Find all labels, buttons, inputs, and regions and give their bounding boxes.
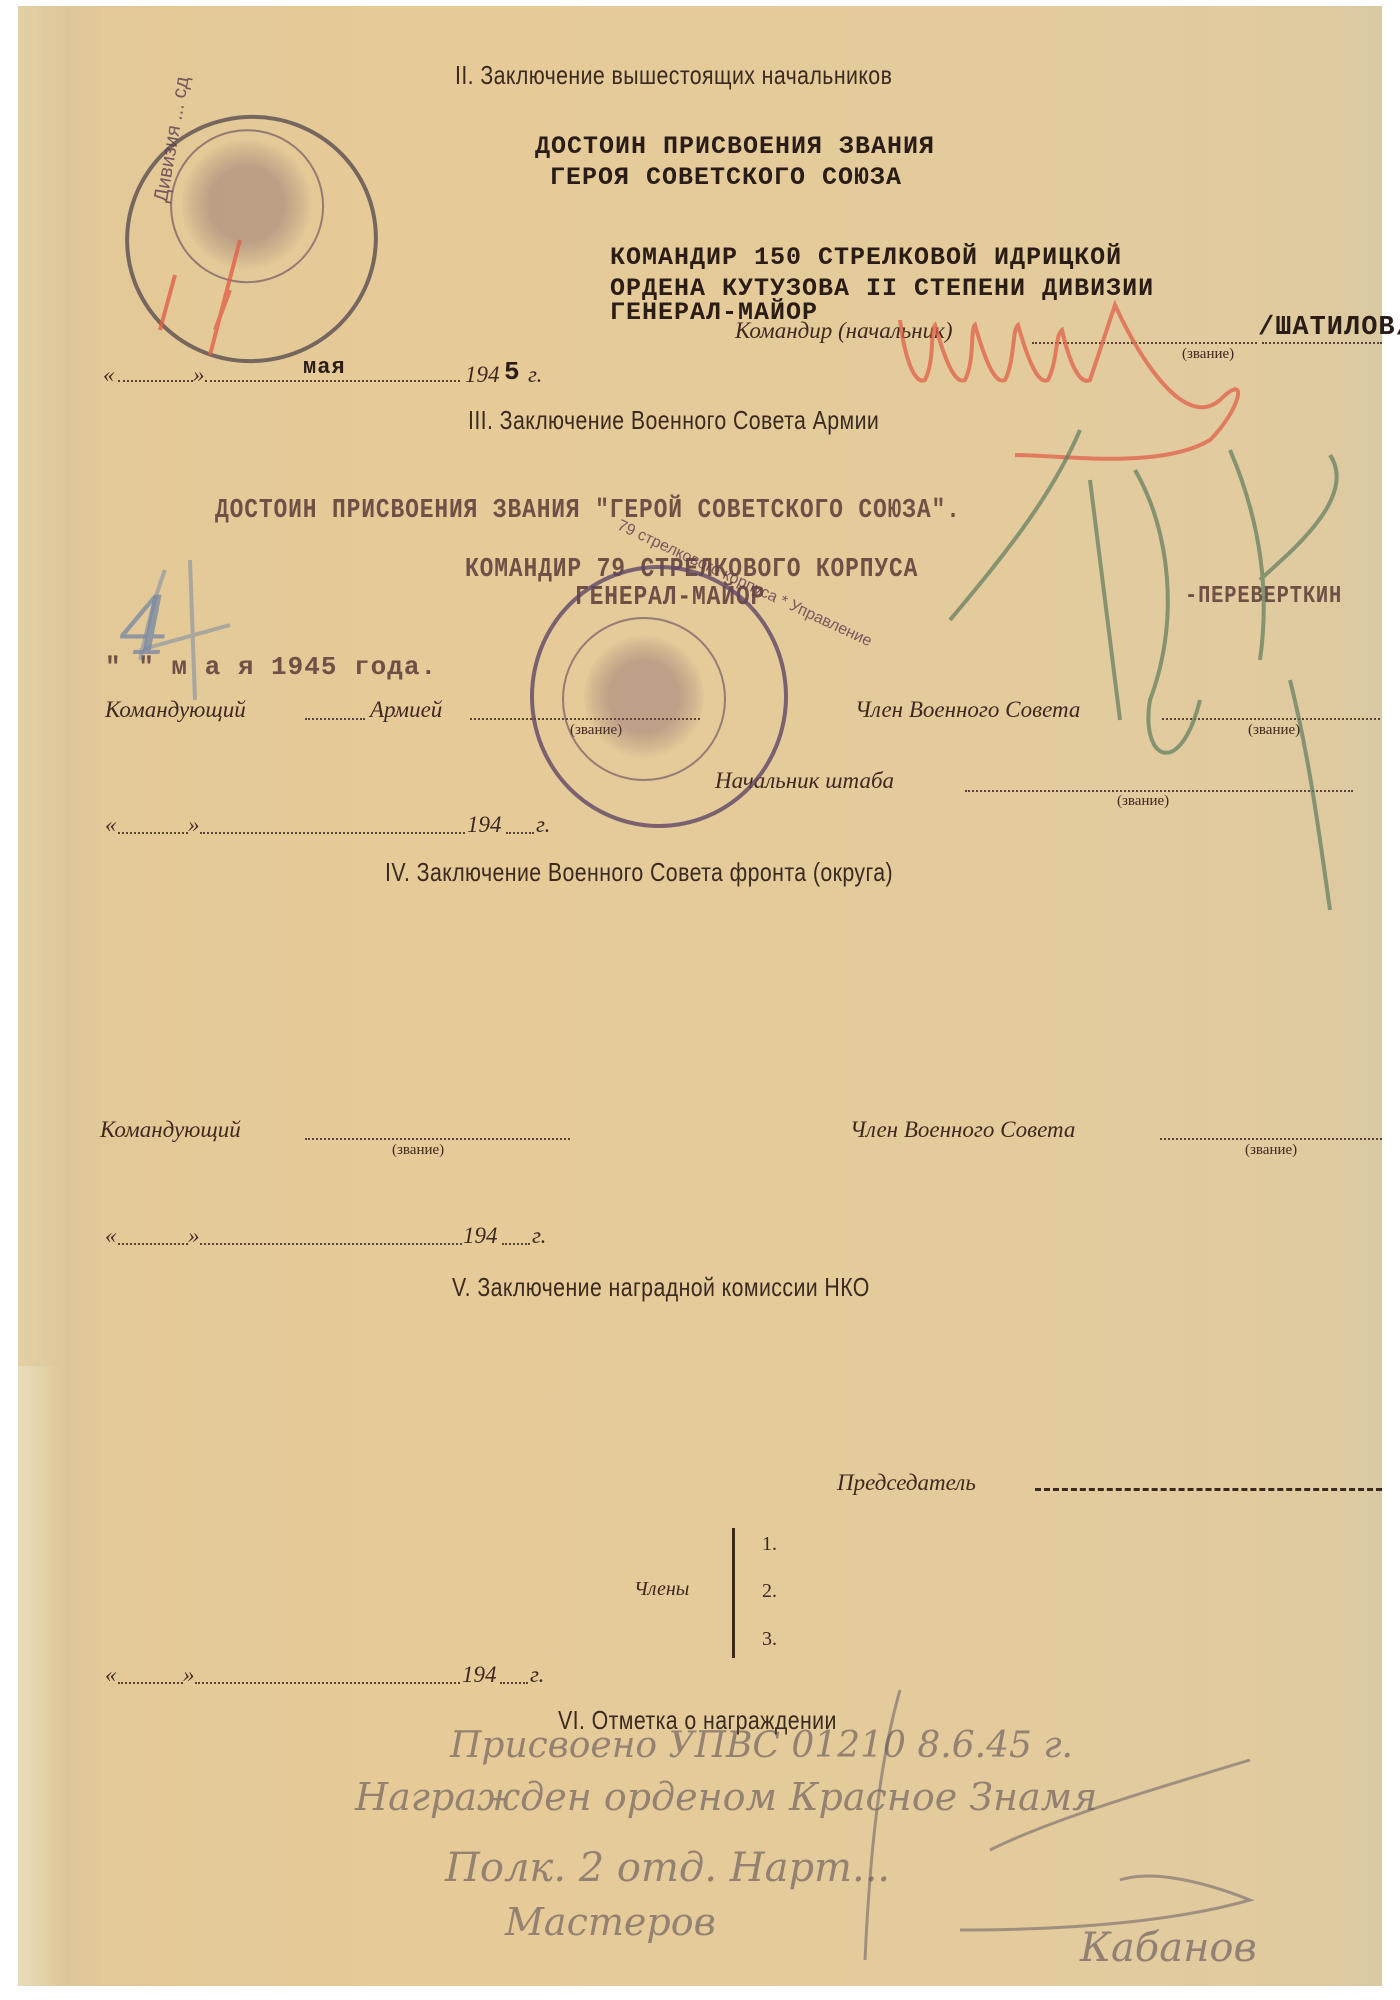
commander-label: Командир (начальник) (735, 318, 953, 344)
section-3-chief-sign-line[interactable] (965, 790, 1353, 792)
section-2-verdict-line1: ДОСТОИН ПРИСВОЕНИЯ ЗВАНИЯ (535, 132, 935, 161)
section-4-date-line[interactable] (200, 1243, 462, 1245)
commander-name: /ШАТИЛОВ/ (1258, 313, 1400, 343)
section-3-date-open: « (105, 812, 117, 838)
member-3: 3. (762, 1628, 777, 1651)
section-5-date-year: 194 (462, 1662, 497, 1688)
section-3-commanding-label: Командующий (105, 697, 246, 723)
section-3-army-label: Армией (370, 697, 442, 723)
corps-stamp (530, 565, 788, 828)
section-3-commander-name: -ПЕРЕВЕРТКИН (1185, 583, 1342, 610)
section-3-verdict: ДОСТОИН ПРИСВОЕНИЯ ЗВАНИЯ "ГЕРОЙ СОВЕТСК… (215, 496, 961, 526)
date-year-prefix: 194 (465, 362, 500, 388)
award-note-line1: Присвоено УПВС 01210 8.6.45 г. (450, 1725, 1073, 1766)
section-2-verdict-line2: ГЕРОЯ СОВЕТСКОГО СОЮЗА (550, 163, 902, 192)
section-4-title: IV. Заключение Военного Совета фронта (о… (385, 857, 893, 888)
section-4-rank-hint-1: (звание) (392, 1142, 444, 1159)
section-4-date-g: г. (532, 1223, 546, 1249)
commander-sign-line[interactable] (1032, 342, 1257, 344)
section-4-commanding-sign-line[interactable] (305, 1138, 570, 1140)
section-5-date-close: » (183, 1662, 195, 1688)
section-5-title: V. Заключение наградной комиссии НКО (452, 1272, 870, 1303)
member-2: 2. (762, 1580, 777, 1603)
section-3-council-sign-line[interactable] (1162, 718, 1380, 720)
section-3-rank-hint-2: (звание) (1248, 722, 1300, 739)
date-close-quote: » (193, 362, 205, 388)
member-1: 1. (762, 1533, 777, 1556)
award-note-line2: Награжден орденом Красное Знамя (355, 1775, 1097, 1819)
chairman-sign-line[interactable] (1035, 1488, 1382, 1491)
section-5-date-line[interactable] (195, 1682, 460, 1684)
section-3-date-year: 194 (467, 812, 502, 838)
award-note-line3: Полк. 2 отд. Нарт... (445, 1845, 890, 1891)
section-5-date-open: « (105, 1662, 117, 1688)
section-3-title: III. Заключение Военного Совета Армии (468, 405, 879, 436)
section-2-title: II. Заключение вышестоящих начальников (455, 60, 892, 91)
section-3-date-g: г. (536, 812, 550, 838)
section-3-date-close: » (188, 812, 200, 838)
section-4-rank-hint-2: (звание) (1245, 1142, 1297, 1159)
section-5-date-g: г. (530, 1662, 544, 1688)
chairman-label: Председатель (837, 1470, 976, 1496)
section-4-date-year: 194 (463, 1223, 498, 1249)
section-4-commanding-label: Командующий (100, 1117, 241, 1143)
members-bracket (732, 1528, 735, 1658)
section-4-council-sign-line[interactable] (1160, 1138, 1382, 1140)
date-open-quote: « (103, 362, 115, 388)
section-3-date-day-handwritten: 4 (120, 580, 171, 673)
section-4-council-member-label: Член Военного Совета (850, 1117, 1075, 1143)
members-label: Члены (634, 1578, 689, 1601)
date-year-suffix: 5 (504, 357, 521, 387)
award-note-signature: Кабанов (1080, 1925, 1257, 1971)
section-3-rank-hint-3: (звание) (1117, 793, 1169, 810)
section-3-council-member-label: Член Военного Совета (855, 697, 1080, 723)
rank-hint: (звание) (1182, 346, 1234, 363)
award-note-line4: Мастеров (505, 1900, 716, 1944)
date-month: мая (303, 355, 346, 380)
section-4-date-close: » (188, 1223, 200, 1249)
section-2-commander-line1: КОМАНДИР 150 СТРЕЛКОВОЙ ИДРИЦКОЙ (610, 243, 1122, 272)
date-g: г. (528, 362, 542, 388)
section-4-date-open: « (105, 1223, 117, 1249)
section-3-date-line[interactable] (200, 832, 465, 834)
